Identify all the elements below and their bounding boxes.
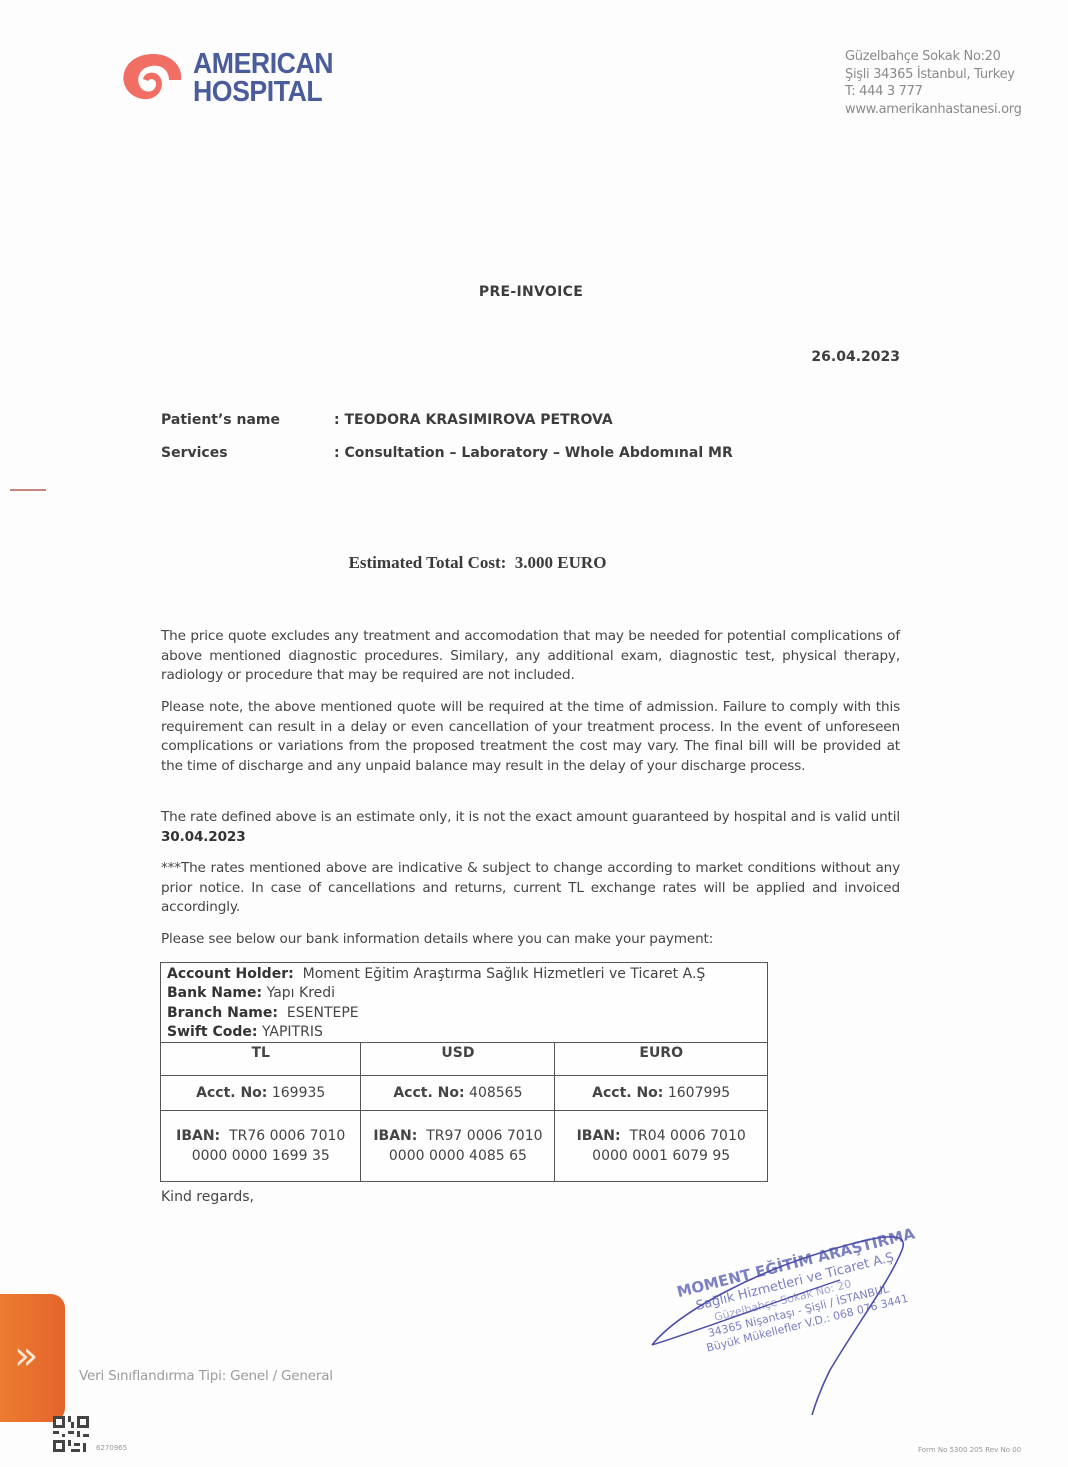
double-chevron-icon: » xyxy=(14,1336,38,1376)
paragraph-admission: Please note, the above mentioned quote w… xyxy=(161,698,900,776)
iban-label: IBAN: xyxy=(373,1128,417,1144)
currency-usd: USD xyxy=(361,1043,555,1076)
shell-logo-icon xyxy=(115,50,185,106)
qr-code-icon xyxy=(53,1416,89,1452)
validity-text: The rate defined above is an estimate on… xyxy=(161,809,900,825)
bank-details: Account Holder: Moment Eğitim Araştırma … xyxy=(161,963,767,1042)
iban-usd: IBAN: TR97 0006 7010 0000 0000 4085 65 xyxy=(361,1111,555,1182)
paragraph-exclusions: The price quote excludes any treatment a… xyxy=(161,627,900,686)
iban-row: IBAN: TR76 0006 7010 0000 0000 1699 35 I… xyxy=(161,1111,767,1182)
swift-row: Swift Code: YAPITRIS xyxy=(167,1023,761,1042)
bank-name-label: Bank Name: xyxy=(167,985,262,1001)
acct-tl: Acct. No: 169935 xyxy=(161,1076,361,1111)
branch-value: ESENTEPE xyxy=(287,1005,359,1021)
acct-label: Acct. No: xyxy=(196,1085,267,1101)
hospital-logo: AMERICAN HOSPITAL xyxy=(115,50,345,106)
paragraph-bank-intro: Please see below our bank information de… xyxy=(161,930,900,950)
currency-header-row: TL USD EURO xyxy=(161,1043,767,1076)
bank-name-row: Bank Name: Yapı Kredi xyxy=(167,984,761,1003)
logo-text: AMERICAN HOSPITAL xyxy=(193,50,333,106)
account-number-row: Acct. No: 169935 Acct. No: 408565 Acct. … xyxy=(161,1076,767,1111)
bank-name-value: Yapı Kredi xyxy=(267,985,335,1001)
fold-mark xyxy=(10,489,46,491)
branch-label: Branch Name: xyxy=(167,1005,278,1021)
estimated-total-cost: Estimated Total Cost: 3.000 EURO xyxy=(0,553,955,573)
acct-value: 169935 xyxy=(272,1085,325,1101)
company-stamp-signature: MOMENT EĞİTİM ARAŞTIRMA Sağlık Hizmetler… xyxy=(640,1210,940,1420)
address-city: Şişli 34365 İstanbul, Turkey xyxy=(845,66,1022,84)
data-classification: Veri Sınıflandırma Tipi: Genel / General xyxy=(79,1368,333,1384)
address-website: www.amerikanhastanesi.org xyxy=(845,101,1022,119)
patient-value: : TEODORA KRASIMIROVA PETROVA xyxy=(334,412,613,428)
currency-euro: EURO xyxy=(555,1043,767,1076)
paragraph-rates: ***The rates mentioned above are indicat… xyxy=(161,859,900,918)
estimate-label: Estimated Total Cost: xyxy=(349,553,507,572)
document-date: 26.04.2023 xyxy=(811,349,900,365)
swift-value: YAPITRIS xyxy=(262,1024,323,1040)
iban-label: IBAN: xyxy=(176,1128,220,1144)
currency-tl: TL xyxy=(161,1043,361,1076)
account-holder-label: Account Holder: xyxy=(167,966,294,982)
acct-value: 408565 xyxy=(469,1085,522,1101)
acct-label: Acct. No: xyxy=(393,1085,464,1101)
patient-label: Patient’s name xyxy=(161,412,334,428)
address-phone: T: 444 3 777 xyxy=(845,83,1022,101)
acct-usd: Acct. No: 408565 xyxy=(361,1076,555,1111)
acct-label: Acct. No: xyxy=(592,1085,663,1101)
patient-row: Patient’s name : TEODORA KRASIMIROVA PET… xyxy=(161,412,613,428)
paragraph-estimate-validity: The rate defined above is an estimate on… xyxy=(161,808,900,847)
form-number: Form No 5300 205 Rev No 00 xyxy=(918,1446,1021,1454)
iban-tl: IBAN: TR76 0006 7010 0000 0000 1699 35 xyxy=(161,1111,361,1182)
swift-label: Swift Code: xyxy=(167,1024,257,1040)
iban-euro: IBAN: TR04 0006 7010 0000 0001 6079 95 xyxy=(555,1111,767,1182)
estimate-value: 3.000 EURO xyxy=(515,553,607,572)
valid-until-date: 30.04.2023 xyxy=(161,829,246,845)
hospital-address: Güzelbahçe Sokak No:20 Şişli 34365 İstan… xyxy=(845,48,1022,118)
logo-line-2: HOSPITAL xyxy=(193,78,333,106)
services-label: Services xyxy=(161,445,334,461)
services-value: : Consultation – Laboratory – Whole Abdo… xyxy=(334,445,733,461)
account-holder-value: Moment Eğitim Araştırma Sağlık Hizmetler… xyxy=(303,966,706,982)
qr-code-number: 6270965 xyxy=(96,1444,127,1452)
closing-text: Kind regards, xyxy=(161,1189,254,1205)
iban-label: IBAN: xyxy=(577,1128,621,1144)
bank-info-table: Account Holder: Moment Eğitim Araştırma … xyxy=(160,962,768,1182)
acct-value: 1607995 xyxy=(668,1085,730,1101)
services-row: Services : Consultation – Laboratory – W… xyxy=(161,445,733,461)
logo-line-1: AMERICAN xyxy=(193,50,333,78)
accounts-table: TL USD EURO Acct. No: 169935 Acct. No: 4… xyxy=(161,1042,767,1181)
branch-row: Branch Name: ESENTEPE xyxy=(167,1004,761,1023)
account-holder-row: Account Holder: Moment Eğitim Araştırma … xyxy=(167,965,761,984)
address-street: Güzelbahçe Sokak No:20 xyxy=(845,48,1022,66)
document-title: PRE-INVOICE xyxy=(0,284,1062,300)
acct-euro: Acct. No: 1607995 xyxy=(555,1076,767,1111)
